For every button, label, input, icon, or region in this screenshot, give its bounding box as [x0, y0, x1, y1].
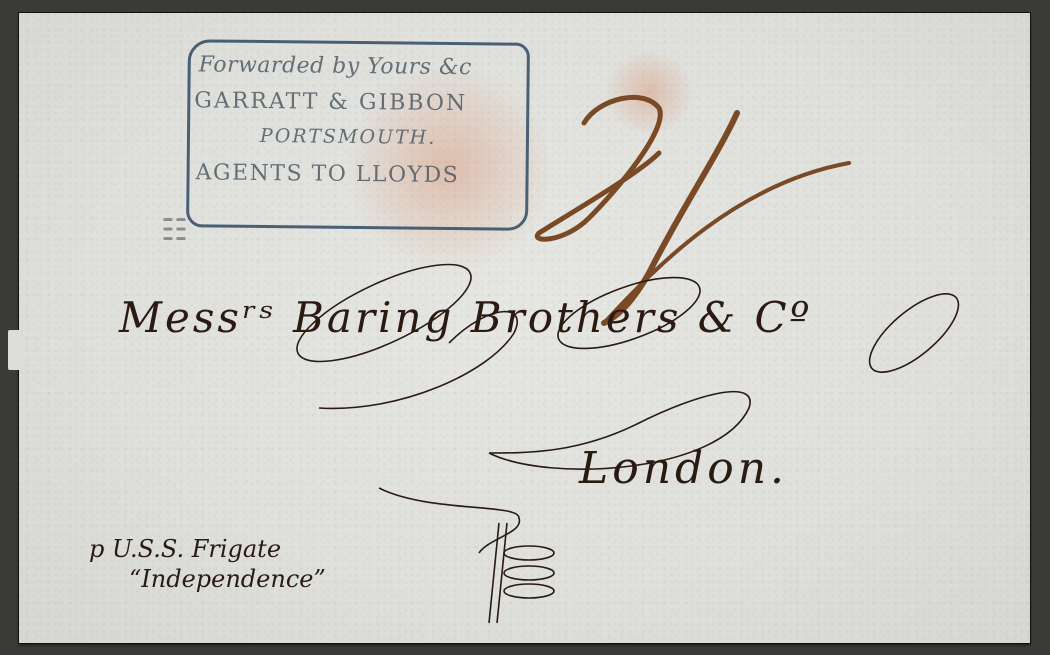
endorsement-line-2: “Independence” — [129, 565, 326, 593]
address-line-2: London. — [579, 443, 788, 494]
paper-edge — [8, 330, 22, 370]
letter-cover: Forwarded by Yours &c GARRATT & GIBBON P… — [19, 13, 1030, 643]
endorsement-line-1: p U.S.S. Frigate — [89, 535, 281, 563]
address-line-1: Messʳˢ Baring Brothers & Cº — [119, 293, 812, 342]
